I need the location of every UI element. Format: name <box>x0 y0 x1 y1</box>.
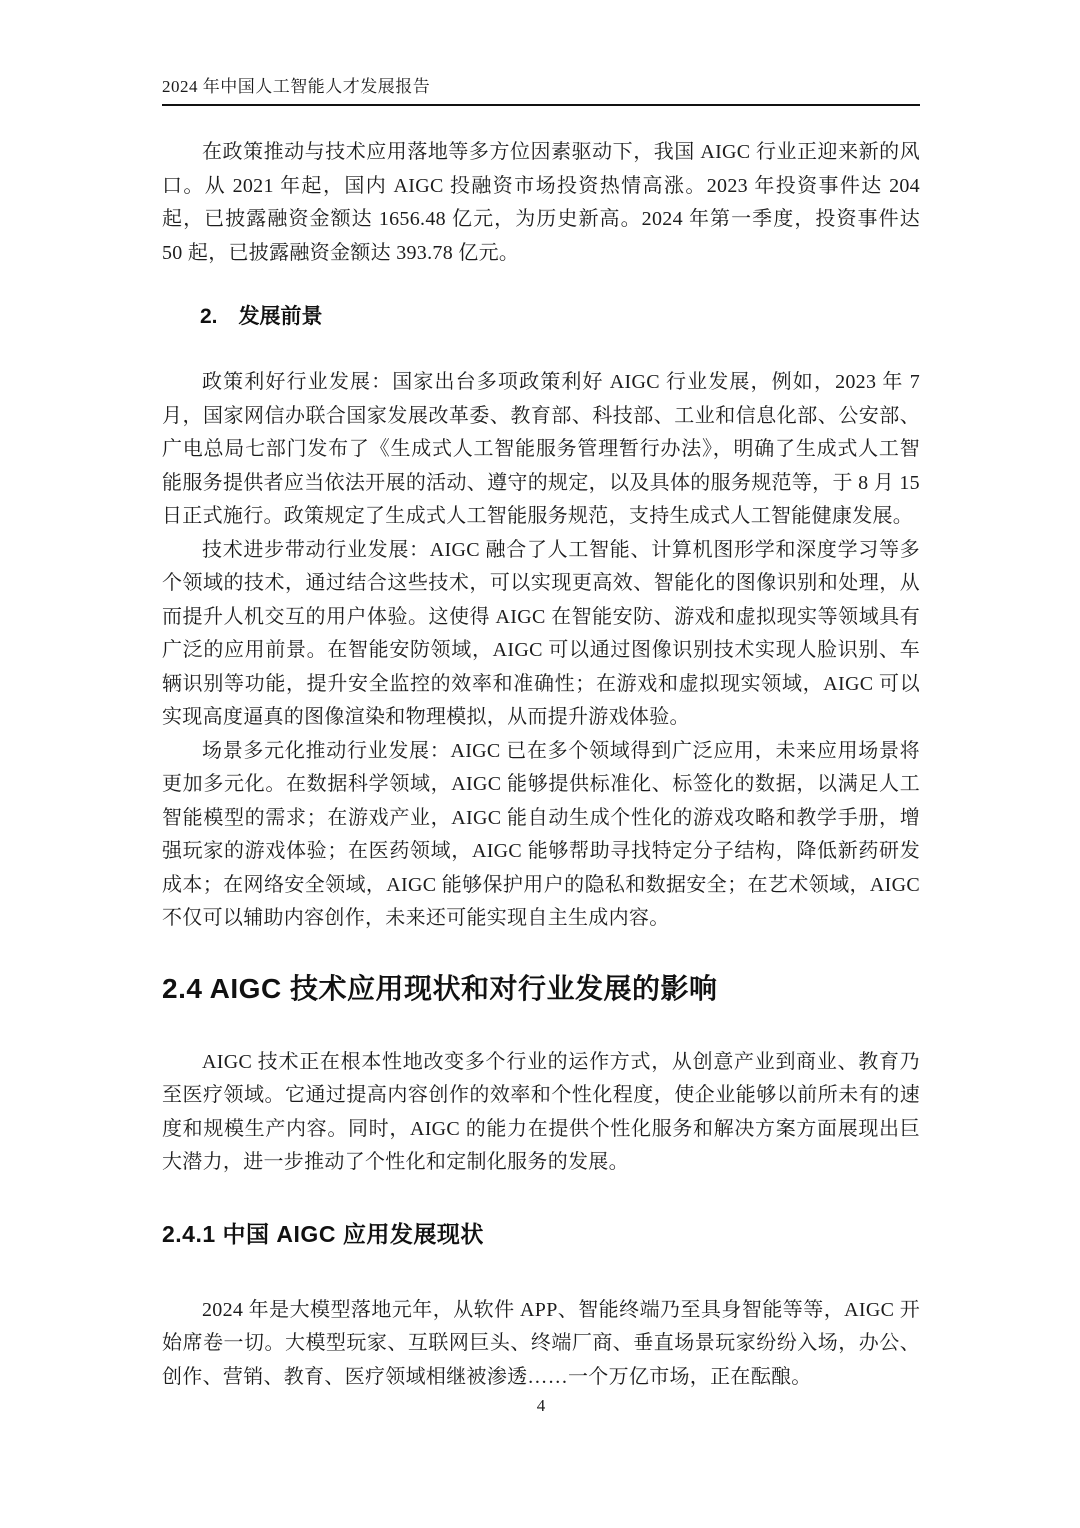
document-page: 2024 年中国人工智能人才发展报告 在政策推动与技术应用落地等多方位因素驱动下… <box>0 0 1080 1528</box>
paragraph-investment-overview: 在政策推动与技术应用落地等多方位因素驱动下，我国 AIGC 行业正迎来新的风口。… <box>162 136 920 270</box>
page-number: 4 <box>162 1396 920 1416</box>
paragraph-policy-benefits: 政策利好行业发展：国家出台多项政策利好 AIGC 行业发展，例如，2023 年 … <box>162 366 920 534</box>
heading-section-2-4: 2.4 AIGC 技术应用现状和对行业发展的影响 <box>162 972 920 1006</box>
running-header-title: 2024 年中国人工智能人才发展报告 <box>162 76 920 98</box>
heading-development-prospects: 2. 发展前景 <box>162 304 920 330</box>
paragraph-2024-landing-year: 2024 年是大模型落地元年，从软件 APP、智能终端乃至具身智能等等，AIGC… <box>162 1294 920 1395</box>
header-rule <box>162 104 920 106</box>
paragraph-technology-progress: 技术进步带动行业发展：AIGC 融合了人工智能、计算机图形学和深度学习等多个领域… <box>162 534 920 735</box>
paragraph-industry-impact: AIGC 技术正在根本性地改变多个行业的运作方式，从创意产业到商业、教育乃至医疗… <box>162 1046 920 1180</box>
paragraph-scenario-diversification: 场景多元化推动行业发展：AIGC 已在多个领域得到广泛应用，未来应用场景将更加多… <box>162 735 920 936</box>
heading-section-2-4-1: 2.4.1 中国 AIGC 应用发展现状 <box>162 1220 920 1248</box>
running-header: 2024 年中国人工智能人才发展报告 <box>162 0 920 106</box>
page-content: 2024 年中国人工智能人才发展报告 在政策推动与技术应用落地等多方位因素驱动下… <box>162 0 920 1394</box>
